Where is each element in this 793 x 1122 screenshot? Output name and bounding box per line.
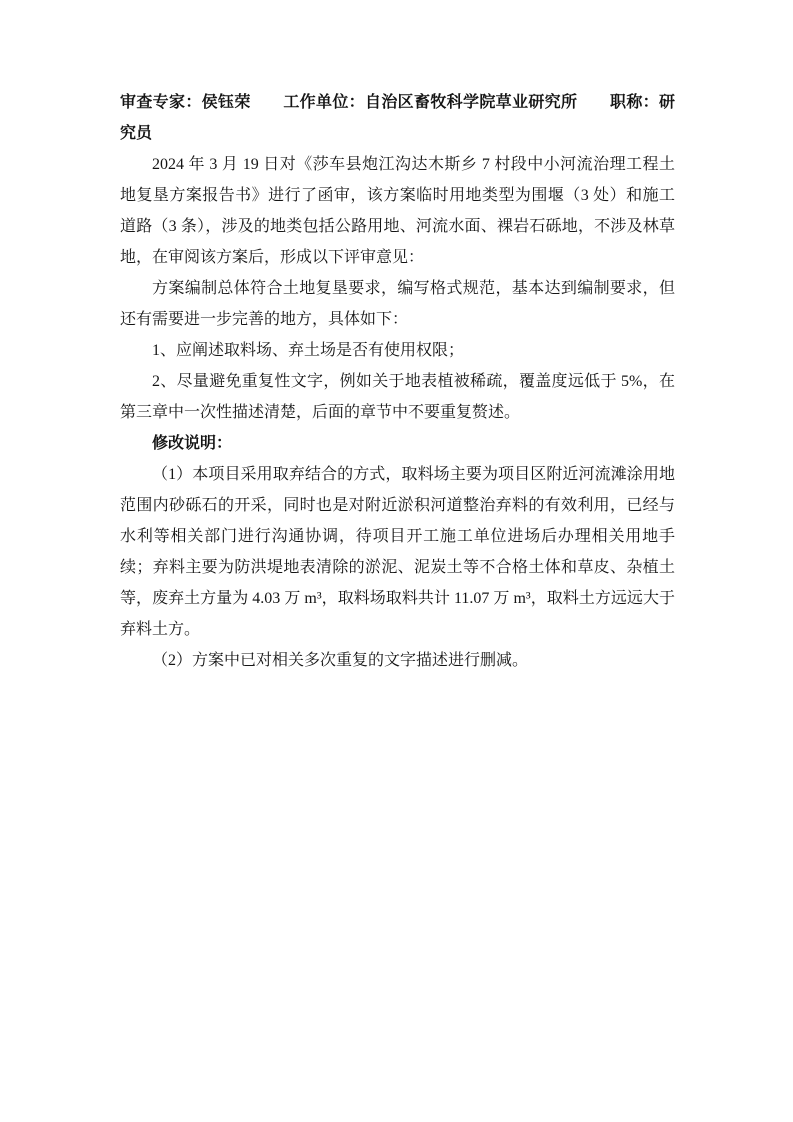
intro-paragraph: 2024 年 3 月 19 日对《莎车县炮江沟达木斯乡 7 村段中小河流治理工程… [120, 149, 675, 273]
document-page: 审查专家：侯钰荣 工作单位：自治区畜牧科学院草业研究所 职称：研究员 2024 … [0, 0, 793, 1122]
review-comment-1: 1、应阐述取料场、弃土场是否有使用权限； [120, 335, 675, 366]
revision-note-2: （2）方案中已对相关多次重复的文字描述进行删减。 [120, 645, 675, 676]
revision-note-1: （1）本项目采用取弃结合的方式，取料场主要为项目区附近河流滩涂用地范围内砂砾石的… [120, 459, 675, 645]
revision-notes-heading: 修改说明： [120, 428, 675, 459]
review-comment-2: 2、尽量避免重复性文字，例如关于地表植被稀疏，覆盖度远低于 5%，在第三章中一次… [120, 366, 675, 428]
reviewer-header-line: 审查专家：侯钰荣 工作单位：自治区畜牧科学院草业研究所 职称：研究员 [120, 87, 675, 149]
overall-opinion-paragraph: 方案编制总体符合土地复垦要求，编写格式规范，基本达到编制要求，但还有需要进一步完… [120, 273, 675, 335]
